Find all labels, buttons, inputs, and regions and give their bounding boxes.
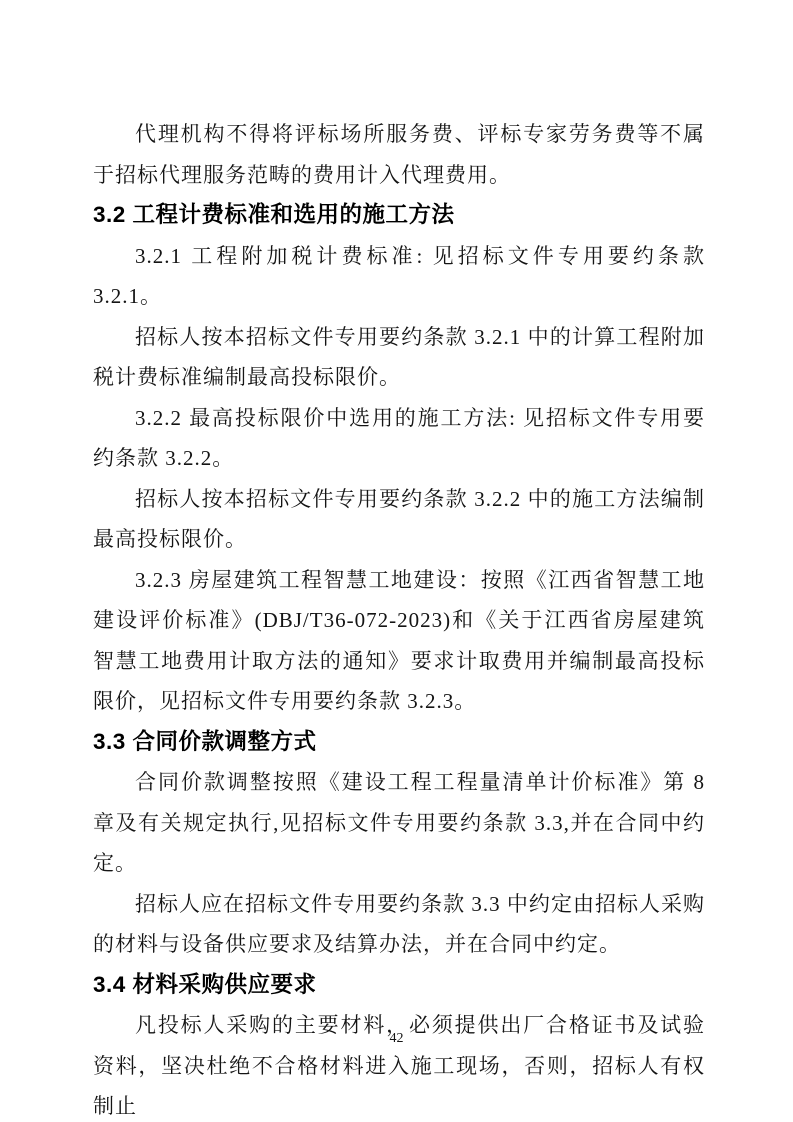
body-paragraph: 招标人按本招标文件专用要约条款 3.2.2 中的施工方法编制最高投标限价。 (93, 479, 705, 560)
section-heading: 3.3 合同价款调整方式 (93, 722, 705, 763)
body-paragraph: 代理机构不得将评标场所服务费、评标专家劳务费等不属于招标代理服务范畴的费用计入代… (93, 114, 705, 195)
body-paragraph: 3.2.3 房屋建筑工程智慧工地建设：按照《江西省智慧工地建设评价标准》(DBJ… (93, 560, 705, 722)
body-paragraph: 3.2.2 最高投标限价中选用的施工方法: 见招标文件专用要约条款 3.2.2。 (93, 398, 705, 479)
body-paragraph: 凡投标人采购的主要材料，必须提供出厂合格证书及试验资料，坚决杜绝不合格材料进入施… (93, 1005, 705, 1122)
body-paragraph: 合同价款调整按照《建设工程工程量清单计价标准》第 8 章及有关规定执行,见招标文… (93, 762, 705, 884)
body-paragraph: 招标人按本招标文件专用要约条款 3.2.1 中的计算工程附加税计费标准编制最高投… (93, 317, 705, 398)
section-heading: 3.2 工程计费标准和选用的施工方法 (93, 195, 705, 236)
body-paragraph: 3.2.1 工程附加税计费标准: 见招标文件专用要约条款 3.2.1。 (93, 236, 705, 317)
document-body: 代理机构不得将评标场所服务费、评标专家劳务费等不属于招标代理服务范畴的费用计入代… (93, 114, 705, 1122)
body-paragraph: 招标人应在招标文件专用要约条款 3.3 中约定由招标人采购的材料与设备供应要求及… (93, 884, 705, 965)
document-page: 代理机构不得将评标场所服务费、评标专家劳务费等不属于招标代理服务范畴的费用计入代… (0, 0, 793, 1122)
section-heading: 3.4 材料采购供应要求 (93, 965, 705, 1006)
page-number: 42 (0, 1029, 793, 1049)
